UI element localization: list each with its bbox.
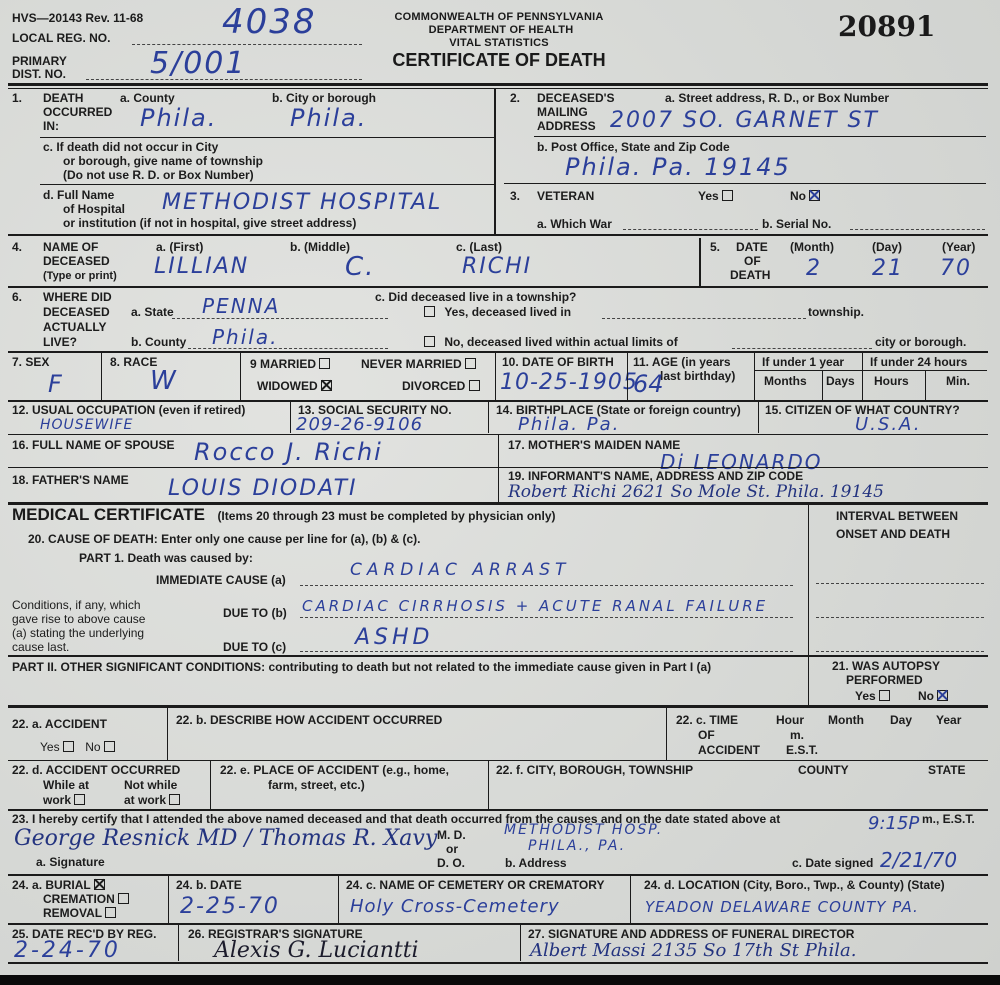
- date-signed-label: c. Date signed: [792, 857, 873, 870]
- burial-label: 24. a. BURIAL: [12, 878, 90, 892]
- death-month-label: (Month): [790, 241, 834, 254]
- autopsy-no-label: No: [918, 689, 934, 703]
- item4-label-2: DECEASED: [43, 255, 110, 268]
- describe-accident-label: 22. b. DESCRIBE HOW ACCIDENT OCCURRED: [176, 714, 442, 727]
- accident-month-label: Month: [828, 714, 864, 727]
- rule: [40, 137, 494, 138]
- divider: [666, 708, 667, 760]
- item1-label-1: DEATH: [43, 92, 83, 105]
- local-reg-label: LOCAL REG. NO.: [12, 32, 110, 45]
- township-label-1: c. If death did not occur in City: [43, 141, 218, 154]
- dob-value[interactable]: 10-25-1905: [500, 370, 638, 395]
- street-value[interactable]: 2007 SO. GARNET ST: [610, 108, 879, 133]
- accident-day-label: Day: [890, 714, 912, 727]
- post-office-value[interactable]: Phila. Pa. 19145: [565, 153, 791, 181]
- death-day-value[interactable]: 21: [872, 256, 904, 281]
- residence-state-value[interactable]: PENNA: [202, 294, 280, 318]
- conditions-line-3: (a) stating the underlying: [12, 626, 145, 640]
- agency-block: COMMONWEALTH OF PENNSYLVANIA DEPARTMENT …: [366, 11, 632, 71]
- divorced-option[interactable]: DIVORCED: [402, 380, 480, 393]
- accident-yes-checkbox[interactable]: [63, 741, 74, 752]
- autopsy-label-1: 21. WAS AUTOPSY: [832, 660, 940, 673]
- father-value[interactable]: LOUIS DIODATI: [168, 476, 358, 501]
- veteran-no-label: No: [790, 189, 806, 203]
- divider: [498, 435, 499, 467]
- item4-label-1: NAME OF: [43, 241, 98, 254]
- township-suffix: township.: [808, 306, 864, 319]
- rule: [8, 923, 988, 925]
- accident-year-label: Year: [936, 714, 961, 727]
- burial-option[interactable]: 24. a. BURIAL: [12, 879, 105, 892]
- accident-m-label: m.: [790, 729, 804, 742]
- under-24-label: If under 24 hours: [870, 356, 967, 369]
- township-question: c. Did deceased live in a township?: [375, 291, 576, 304]
- rule: [8, 655, 988, 657]
- never-married-checkbox[interactable]: [465, 358, 476, 369]
- physician-address-line-1[interactable]: METHODIST HOSP.: [504, 822, 663, 838]
- spouse-label: 16. FULL NAME OF SPOUSE: [12, 439, 174, 452]
- divider: [498, 468, 499, 502]
- rule: [300, 651, 793, 652]
- conditions-line-4: cause last.: [12, 640, 145, 654]
- accident-options: Yes No: [40, 740, 115, 754]
- divorced-label: DIVORCED: [402, 379, 465, 393]
- do-label: D. O.: [437, 857, 465, 870]
- item6-label-2: DECEASED: [43, 306, 110, 319]
- township-yes-label: Yes, deceased lived in: [444, 305, 571, 319]
- veteran-yes-label: Yes: [698, 189, 719, 203]
- divider: [758, 401, 759, 433]
- time-of-death-value[interactable]: 9:15P: [868, 813, 919, 834]
- due-to-c-label: DUE TO (c): [223, 641, 286, 654]
- disposition-date-value[interactable]: 2-25-70: [180, 894, 280, 919]
- rule: [8, 874, 988, 876]
- immediate-cause-label: IMMEDIATE CAUSE (a): [156, 574, 286, 587]
- months-label: Months: [764, 375, 807, 388]
- father-label: 18. FATHER'S NAME: [12, 474, 129, 487]
- last-name-value[interactable]: RICHI: [462, 254, 532, 279]
- not-while-label: Not while: [124, 779, 177, 792]
- street-label: a. Street address, R. D., or Box Number: [665, 92, 889, 105]
- township-no-checkbox[interactable]: [424, 336, 435, 347]
- immediate-cause-value[interactable]: CARDIAC ARRAST: [350, 560, 570, 580]
- which-war-line: [623, 229, 758, 230]
- item1-label-2: OCCURRED: [43, 106, 112, 119]
- rule: [8, 705, 988, 708]
- rule: [300, 585, 793, 586]
- divider: [101, 352, 102, 400]
- rule: [8, 400, 988, 402]
- ssn-value[interactable]: 209-26-9106: [296, 414, 423, 435]
- sex-label: 7. SEX: [12, 356, 49, 369]
- col-divider: [494, 88, 496, 234]
- age-label-1: 11. AGE (in years: [633, 356, 731, 369]
- days-label: Days: [826, 375, 855, 388]
- never-married-option[interactable]: NEVER MARRIED: [361, 358, 476, 371]
- rule: [172, 318, 388, 319]
- item2-label-3: ADDRESS: [537, 120, 596, 133]
- last-name-label: c. (Last): [456, 241, 502, 254]
- middle-name-value[interactable]: C.: [345, 252, 375, 282]
- disposition-date-label: 24. b. DATE: [176, 879, 242, 892]
- time-suffix: m., E.S.T.: [922, 813, 975, 826]
- death-county-value[interactable]: Phila.: [140, 104, 217, 132]
- physician-signature[interactable]: George Resnick MD / Thomas R. Xavy: [14, 826, 437, 851]
- while-at-label: While at: [43, 779, 89, 792]
- accident-hour-label: Hour: [776, 714, 804, 727]
- item6-label-1: WHERE DID: [43, 291, 112, 304]
- which-war-label: a. Which War: [537, 218, 612, 231]
- death-month-value[interactable]: 2: [806, 256, 822, 281]
- informant-value[interactable]: Robert Richi 2621 So Mole St. Phila. 191…: [508, 482, 884, 502]
- md-label: M. D.: [437, 829, 466, 842]
- accident-city-label: 22. f. CITY, BOROUGH, TOWNSHIP: [496, 764, 693, 777]
- age-value[interactable]: 64: [633, 370, 664, 398]
- rule: [602, 318, 806, 319]
- township-label-2: or borough, give name of township: [63, 155, 263, 168]
- never-married-label: NEVER MARRIED: [361, 357, 462, 371]
- local-reg-line: [132, 44, 362, 45]
- veteran-label: VETERAN: [537, 190, 594, 203]
- cremation-checkbox[interactable]: [118, 893, 129, 904]
- cemetery-value[interactable]: Holy Cross-Cemetery: [350, 896, 560, 917]
- autopsy-yes-option[interactable]: Yes: [855, 690, 890, 703]
- signature-label: a. Signature: [36, 856, 105, 869]
- item2-label-2: MAILING: [537, 106, 588, 119]
- hours-label: Hours: [874, 375, 909, 388]
- due-to-b-value[interactable]: CARDIAC CIRRHOSIS + ACUTE RANAL FAILURE: [302, 597, 768, 615]
- interval-a[interactable]: [816, 583, 984, 584]
- married-label: 9 MARRIED: [250, 357, 316, 371]
- veteran-yes[interactable]: Yes: [698, 190, 733, 203]
- divider: [338, 875, 339, 923]
- while-at-work-option[interactable]: work: [43, 794, 85, 807]
- funeral-director-value[interactable]: Albert Massi 2135 So 17th St Phila.: [530, 940, 856, 961]
- residence-county-value[interactable]: Phila.: [212, 325, 278, 349]
- removal-label: REMOVAL: [43, 906, 102, 920]
- divider: [210, 761, 211, 809]
- hospital-label-2: of Hospital: [63, 203, 125, 216]
- accident-time-label-2: OF: [698, 729, 715, 742]
- sex-value[interactable]: F: [48, 370, 64, 398]
- divider: [754, 352, 755, 400]
- local-reg-value[interactable]: 4038: [222, 2, 317, 42]
- hospital-label-1: d. Full Name: [43, 189, 114, 202]
- veteran-no[interactable]: No: [790, 190, 820, 203]
- rule: [755, 370, 987, 371]
- burial-checkbox[interactable]: [94, 879, 105, 890]
- divorced-checkbox[interactable]: [469, 380, 480, 391]
- certify-text: 23. I hereby certify that I attended the…: [12, 813, 780, 826]
- dob-label: 10. DATE OF BIRTH: [502, 356, 614, 369]
- date-received-value[interactable]: 2-24-70: [14, 938, 121, 963]
- agency-line-2: DEPARTMENT OF HEALTH: [366, 24, 632, 37]
- while-at-work-label: work: [43, 793, 71, 807]
- first-name-label: a. (First): [156, 241, 203, 254]
- due-to-c-value[interactable]: ASHD: [355, 625, 434, 650]
- veteran-yes-checkbox[interactable]: [722, 190, 733, 201]
- race-value[interactable]: W: [150, 366, 178, 396]
- accident-occurred-label: 22. d. ACCIDENT OCCURRED: [12, 764, 180, 777]
- age-label-2: last birthday): [660, 370, 735, 383]
- serial-label: b. Serial No.: [762, 218, 831, 231]
- under-year-label: If under 1 year: [762, 356, 844, 369]
- accident-county-label: COUNTY: [798, 764, 849, 777]
- part1-label: PART 1. Death was caused by:: [79, 552, 253, 565]
- accident-est-label: E.S.T.: [786, 744, 818, 757]
- due-to-b-label: DUE TO (b): [223, 607, 287, 620]
- certificate-title: CERTIFICATE OF DEATH: [366, 50, 632, 71]
- item6-number: 6.: [12, 291, 22, 304]
- item5-label-1: DATE: [736, 241, 768, 254]
- citizen-value[interactable]: U.S.A.: [855, 414, 921, 435]
- item6-label-3: ACTUALLY: [43, 321, 107, 334]
- divider: [168, 875, 169, 923]
- death-city-value[interactable]: Phila.: [290, 104, 367, 132]
- divider: [808, 657, 809, 705]
- hospital-value[interactable]: METHODIST HOSPITAL: [162, 190, 442, 215]
- interval-label-1: INTERVAL BETWEEN: [836, 510, 958, 523]
- divider: [290, 401, 291, 433]
- autopsy-no-option[interactable]: No: [918, 690, 948, 703]
- removal-checkbox[interactable]: [105, 907, 116, 918]
- interval-label-2: ONSET AND DEATH: [836, 528, 950, 541]
- item2-number: 2.: [510, 92, 520, 105]
- physician-address-line-2[interactable]: PHILA., PA.: [528, 838, 626, 854]
- birthplace-value[interactable]: Phila. Pa.: [518, 414, 620, 435]
- medical-heading-row: MEDICAL CERTIFICATE (Items 20 through 23…: [12, 505, 556, 525]
- accident-label: 22. a. ACCIDENT: [12, 718, 107, 731]
- autopsy-yes-label: Yes: [855, 689, 876, 703]
- medical-subheading: (Items 20 through 23 must be completed b…: [217, 509, 555, 523]
- rule: [8, 962, 988, 964]
- interval-c[interactable]: [816, 651, 984, 652]
- divider: [925, 371, 926, 400]
- autopsy-label-2: PERFORMED: [846, 674, 923, 687]
- certificate-number: 20891: [838, 10, 935, 43]
- divider: [627, 352, 628, 400]
- death-year-label: (Year): [942, 241, 975, 254]
- item5-label-2: OF: [744, 255, 761, 268]
- rule: [300, 617, 793, 618]
- divider: [699, 238, 701, 286]
- death-year-value[interactable]: 70: [940, 256, 972, 281]
- item1-number: 1.: [12, 92, 22, 105]
- divider: [862, 352, 863, 400]
- middle-name-label: b. (Middle): [290, 241, 350, 254]
- spouse-value[interactable]: Rocco J. Richi: [194, 438, 383, 466]
- interval-b[interactable]: [816, 617, 984, 618]
- divider: [495, 352, 496, 400]
- autopsy-yes-checkbox[interactable]: [879, 690, 890, 701]
- not-while-at-work-option[interactable]: at work: [124, 794, 180, 807]
- occupation-label: 12. USUAL OCCUPATION (even if retired): [12, 404, 245, 417]
- location-value[interactable]: YEADON DELAWARE COUNTY PA.: [645, 898, 919, 916]
- residence-county-label: b. County: [131, 336, 186, 349]
- accident-no-label: No: [85, 740, 100, 754]
- cremation-label: CREMATION: [43, 892, 115, 906]
- not-while-at-work-label: at work: [124, 793, 166, 807]
- serial-line: [850, 229, 985, 230]
- hospital-label-3: or institution (if not in hospital, give…: [63, 217, 356, 230]
- rule: [732, 348, 872, 349]
- first-name-value[interactable]: LILLIAN: [154, 254, 249, 279]
- divider: [240, 352, 241, 400]
- widowed-option[interactable]: WIDOWED: [257, 380, 332, 393]
- location-label: 24. d. LOCATION (City, Boro., Twp., & Co…: [644, 879, 945, 892]
- primary-dist-value[interactable]: 5/001: [150, 46, 246, 81]
- township-no-option[interactable]: No, deceased lived within actual limits …: [424, 336, 678, 349]
- rule: [40, 184, 494, 185]
- divider: [520, 925, 521, 961]
- rule: [8, 286, 988, 288]
- registrar-signature-value[interactable]: Alexis G. Luciantti: [214, 938, 419, 963]
- conditions-line-2: gave rise to above cause: [12, 612, 145, 626]
- accident-yes-label: Yes: [40, 740, 60, 754]
- while-at-work-checkbox[interactable]: [74, 794, 85, 805]
- item2-label-1: DECEASED'S: [537, 92, 615, 105]
- death-certificate: HVS—20143 Rev. 11-68 LOCAL REG. NO. 4038…: [0, 0, 1000, 975]
- agency-line-1: COMMONWEALTH OF PENNSYLVANIA: [366, 11, 632, 24]
- item1-label-3: IN:: [43, 120, 59, 133]
- autopsy-no-checkbox[interactable]: [937, 690, 948, 701]
- primary-dist-label-2: DIST. NO.: [12, 68, 66, 81]
- residence-state-label: a. State: [131, 306, 174, 319]
- widowed-checkbox[interactable]: [321, 380, 332, 391]
- rule: [8, 351, 988, 353]
- conditions-note: Conditions, if any, which gave rise to a…: [12, 598, 145, 654]
- death-day-label: (Day): [872, 241, 902, 254]
- rule: [8, 760, 988, 761]
- date-signed-value[interactable]: 2/21/70: [880, 848, 957, 872]
- divider: [822, 371, 823, 400]
- township-label-3: (Do not use R. D. or Box Number): [63, 169, 254, 182]
- rule: [504, 183, 986, 184]
- not-while-at-work-checkbox[interactable]: [169, 794, 180, 805]
- city-suffix: city or borough.: [875, 336, 966, 349]
- min-label: Min.: [946, 375, 970, 388]
- divider: [488, 401, 489, 433]
- or-label: or: [446, 843, 458, 856]
- accident-state-label: STATE: [928, 764, 966, 777]
- cemetery-label: 24. c. NAME OF CEMETERY OR CREMATORY: [346, 879, 604, 892]
- header-rule-2: [8, 88, 988, 89]
- occupation-value[interactable]: HOUSEWIFE: [40, 417, 133, 433]
- township-no-label: No, deceased lived within actual limits …: [444, 335, 677, 349]
- place-accident-label-1: 22. e. PLACE OF ACCIDENT (e.g., home,: [220, 764, 449, 777]
- rule: [8, 809, 988, 811]
- township-yes-option[interactable]: Yes, deceased lived in: [424, 306, 571, 319]
- agency-line-3: VITAL STATISTICS: [366, 37, 632, 50]
- accident-time-label-1: 22. c. TIME: [676, 714, 738, 727]
- married-checkbox[interactable]: [319, 358, 330, 369]
- divider: [167, 708, 168, 760]
- accident-time-label-3: ACCIDENT: [698, 744, 760, 757]
- mother-maiden-label: 17. MOTHER'S MAIDEN NAME: [508, 439, 680, 452]
- item4-number: 4.: [12, 241, 22, 254]
- married-option[interactable]: 9 MARRIED: [250, 358, 330, 371]
- address-label: b. Address: [505, 857, 567, 870]
- rule: [534, 136, 986, 137]
- widowed-label: WIDOWED: [257, 379, 318, 393]
- divider: [178, 925, 179, 961]
- place-accident-label-2: farm, street, etc.): [268, 779, 365, 792]
- cremation-option[interactable]: CREMATION: [43, 893, 129, 906]
- rule: [8, 234, 988, 236]
- item6-label-4: LIVE?: [43, 336, 77, 349]
- form-id: HVS—20143 Rev. 11-68: [12, 12, 143, 25]
- item5-label-3: DEATH: [730, 269, 770, 282]
- divider: [808, 505, 809, 655]
- township-yes-checkbox[interactable]: [424, 306, 435, 317]
- cause-label: 20. CAUSE OF DEATH: Enter only one cause…: [28, 533, 421, 546]
- item3-number: 3.: [510, 190, 520, 203]
- item4-label-3: (Type or print): [43, 270, 117, 282]
- veteran-no-checkbox[interactable]: [809, 190, 820, 201]
- removal-option[interactable]: REMOVAL: [43, 907, 116, 920]
- divider: [630, 875, 631, 923]
- accident-no-checkbox[interactable]: [104, 741, 115, 752]
- divider: [488, 761, 489, 809]
- part2-label: PART II. OTHER SIGNIFICANT CONDITIONS: c…: [12, 661, 711, 674]
- medical-heading: MEDICAL CERTIFICATE: [12, 505, 205, 524]
- item5-number: 5.: [710, 241, 720, 254]
- header-rule: [8, 83, 988, 86]
- conditions-line-1: Conditions, if any, which: [12, 598, 145, 612]
